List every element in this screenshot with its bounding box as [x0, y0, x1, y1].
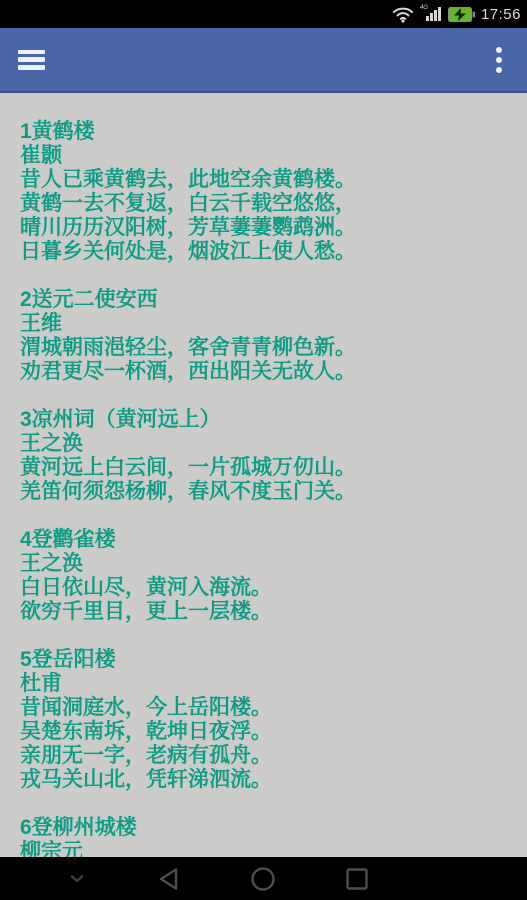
poem-line: 晴川历历汉阳树，芳草萋萋鹦鹉洲。	[20, 216, 507, 240]
poem: 1黄鹤楼崔颢昔人已乘黄鹤去，此地空余黄鹤楼。黄鹤一去不复返，白云千载空悠悠，晴川…	[20, 120, 507, 264]
poem: 5登岳阳楼杜甫昔闻洞庭水，今上岳阳楼。吴楚东南坼，乾坤日夜浮。亲朋无一字，老病有…	[20, 648, 507, 792]
home-icon[interactable]	[233, 857, 293, 900]
signal-strength-icon: 4G	[420, 5, 442, 23]
back-icon[interactable]	[138, 857, 198, 900]
poem: 2送元二使安西王维渭城朝雨浥轻尘，客舍青青柳色新。劝君更尽一杯酒，西出阳关无故人…	[20, 288, 507, 384]
poem-line: 劝君更尽一杯酒，西出阳关无故人。	[20, 360, 507, 384]
poem-line: 渭城朝雨浥轻尘，客舍青青柳色新。	[20, 336, 507, 360]
poem-title: 3凉州词（黄河远上）	[20, 408, 507, 432]
poem-line: 日暮乡关何处是，烟波江上使人愁。	[20, 240, 507, 264]
menu-hamburger-icon[interactable]	[18, 50, 45, 70]
poem-author: 杜甫	[20, 672, 507, 696]
poem-author: 崔颢	[20, 144, 507, 168]
poem-title: 4登鹳雀楼	[20, 528, 507, 552]
app-bar	[0, 28, 527, 93]
hide-bar-chevron-icon[interactable]	[47, 857, 107, 900]
navigation-bar	[0, 857, 527, 900]
poem-author: 王之涣	[20, 552, 507, 576]
android-screen: 4G 17:56 1黄鹤楼崔颢昔人已乘黄鹤去，此地空余黄鹤楼。黄鹤一去不复返，白…	[0, 0, 527, 900]
poem-line: 黄鹤一去不复返，白云千载空悠悠，	[20, 192, 507, 216]
poem-title: 2送元二使安西	[20, 288, 507, 312]
poem-line: 羌笛何须怨杨柳，春风不度玉门关。	[20, 480, 507, 504]
poem-author: 王之涣	[20, 432, 507, 456]
wifi-icon	[392, 6, 414, 23]
poem-author: 柳宗元	[20, 840, 507, 857]
overflow-menu-icon[interactable]	[489, 45, 509, 75]
recents-icon[interactable]	[327, 857, 387, 900]
poem-line: 吴楚东南坼，乾坤日夜浮。	[20, 720, 507, 744]
poem-line: 昔人已乘黄鹤去，此地空余黄鹤楼。	[20, 168, 507, 192]
status-bar: 4G 17:56	[0, 0, 527, 28]
poem-title: 1黄鹤楼	[20, 120, 507, 144]
poem-title: 6登柳州城楼	[20, 816, 507, 840]
poem-line: 白日依山尽，黄河入海流。	[20, 576, 507, 600]
battery-charging-icon	[448, 7, 475, 22]
status-time: 17:56	[481, 6, 521, 23]
poem: 4登鹳雀楼王之涣白日依山尽，黄河入海流。欲穷千里目，更上一层楼。	[20, 528, 507, 624]
poem-line: 欲穷千里目，更上一层楼。	[20, 600, 507, 624]
poem: 3凉州词（黄河远上）王之涣黄河远上白云间，一片孤城万仞山。羌笛何须怨杨柳，春风不…	[20, 408, 507, 504]
poem: 6登柳州城楼柳宗元	[20, 816, 507, 857]
poem-line: 昔闻洞庭水，今上岳阳楼。	[20, 696, 507, 720]
poem-line: 戎马关山北，凭轩涕泗流。	[20, 768, 507, 792]
poem-list[interactable]: 1黄鹤楼崔颢昔人已乘黄鹤去，此地空余黄鹤楼。黄鹤一去不复返，白云千载空悠悠，晴川…	[0, 93, 527, 857]
signal-bars	[426, 7, 441, 21]
poem-line: 黄河远上白云间，一片孤城万仞山。	[20, 456, 507, 480]
poem-author: 王维	[20, 312, 507, 336]
poem-title: 5登岳阳楼	[20, 648, 507, 672]
poem-line: 亲朋无一字，老病有孤舟。	[20, 744, 507, 768]
